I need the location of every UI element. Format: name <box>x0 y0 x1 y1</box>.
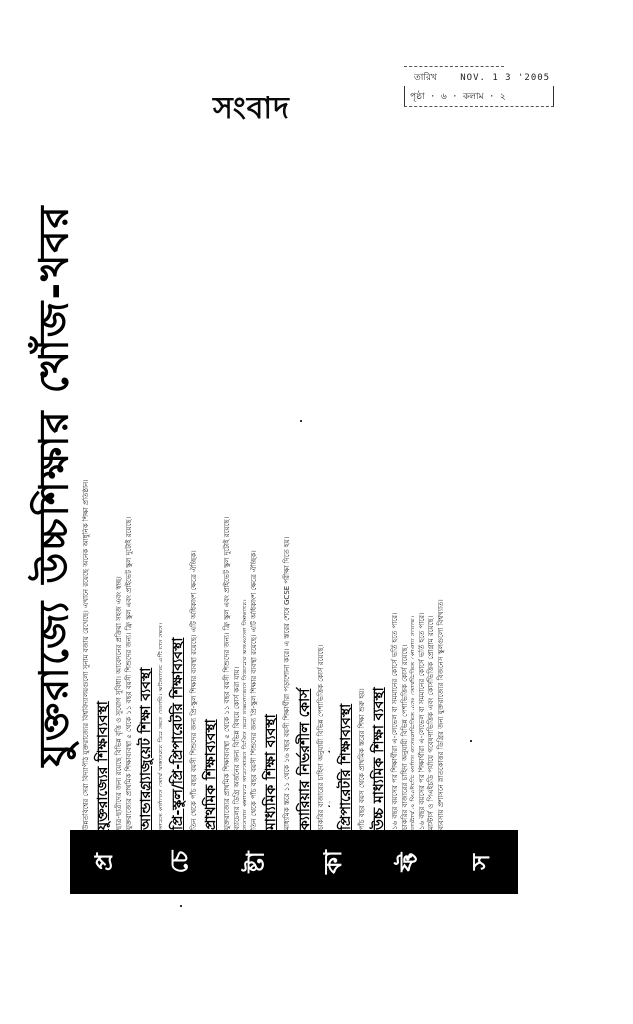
paragraph: স্নাতক পর্যায়ের কোর্স সাধারণত তিন বছর ম… <box>158 150 162 830</box>
banner-glyph: কা <box>315 850 355 874</box>
paragraph: মাস্টার্স ও পিএইচডি পর্যায়ে গবেষণাভিত্ত… <box>427 150 436 830</box>
section-heading: যুক্তরাজ্যের শিক্ষাব্যবস্থা <box>94 150 112 830</box>
stamp-page-row: পৃষ্ঠা · ৬ · কলাম · ২ <box>410 89 506 104</box>
banner-glyph: চে <box>161 851 201 874</box>
stamp-date-value: NOV. 1 3 '2005 <box>460 73 550 83</box>
banner-glyph: ফ্ট <box>391 853 431 872</box>
paragraph: ব্যবসায় প্রশাসনে স্নাতকোত্তর ডিগ্রির জন… <box>242 150 246 830</box>
paragraph: ১৬ বছর বয়সের পর শিক্ষার্থীরা এ-লেভেল বা… <box>418 150 427 830</box>
section-heading: ক্যারিয়ার নির্ভরশীল কোর্স <box>296 150 314 830</box>
paragraph: চাকরির বাজারের চাহিদা অনুযায়ী বিভিন্ন প… <box>317 150 326 830</box>
stamp-date-label: তারিখ <box>414 73 437 83</box>
newspaper-masthead: সংবাদ <box>213 84 290 135</box>
article-column-1: উন্নতবিশ্বের সেরা বিদ্যাপীঠ যুক্তরাজ্যের… <box>82 150 162 830</box>
paragraph: ব্যবসায় প্রশাসনে স্নাতকোত্তর ডিগ্রির জন… <box>437 150 446 830</box>
banner-glyph: ষ্টা <box>238 851 278 872</box>
stamp-divider <box>404 66 504 67</box>
article-column-4: প্রিপারেটরি শিক্ষাব্যবস্থা পাঁচ বছর বয়স… <box>334 150 414 830</box>
paragraph: পাঁচ বছর বয়স থেকে প্রাথমিক স্তরের শিক্ষ… <box>358 150 367 830</box>
article-column-3: তিন থেকে পাঁচ বছর বয়সী শিশুদের জন্য প্র… <box>250 150 330 830</box>
scan-speck <box>180 905 182 907</box>
article-columns: উন্নতবিশ্বের সেরা বিদ্যাপীঠ যুক্তরাজ্যের… <box>82 150 502 830</box>
stamp-column-label: কলাম <box>463 92 484 102</box>
section-heading: প্রি-স্কুল/প্রি-প্রিপারেটরি শিক্ষাব্যবস্… <box>169 150 187 830</box>
banner-glyph: স <box>463 854 503 870</box>
paragraph: চাকরির বাজারের চাহিদা অনুযায়ী বিভিন্ন প… <box>401 150 410 830</box>
paragraph: তিন থেকে পাঁচ বছর বয়সী শিশুদের জন্য প্র… <box>250 150 259 830</box>
article-headline: যুক্তরাজ্যে উচ্চশিক্ষার খোঁজ-খবর <box>23 204 90 766</box>
stamp-column-value: ২ <box>500 92 506 102</box>
banner-glyph: প্র <box>86 853 126 871</box>
paragraph: ব্যাচেলর ডিগ্রি অর্জনের জন্য বিভিন্ন বিষ… <box>233 150 242 830</box>
paragraph: মাস্টার্স ও পিএইচডি পর্যায়ে গবেষণাভিত্ত… <box>410 150 414 830</box>
paragraph: যুক্তরাজ্যের প্রাথমিক শিক্ষাব্যবস্থা ৫ থ… <box>125 150 134 830</box>
stamp-page-label: পৃষ্ঠা <box>410 92 425 102</box>
paragraph: ১৬ বছর বয়সের পর শিক্ষার্থীরা এ-লেভেল বা… <box>391 150 400 830</box>
article-headline-container: যুক্তরাজ্যে উচ্চশিক্ষার খোঁজ-খবর <box>32 140 80 830</box>
section-heading: মাধ্যমিক শিক্ষা ব্যবস্থা <box>262 150 280 830</box>
stamp-date-row: তারিখ NOV. 1 3 '2005 <box>414 70 550 85</box>
section-heading: প্রাথমিক শিক্ষাব্যবস্থা <box>202 150 220 830</box>
sidebar-banner: প্র চে ষ্টা কা ফ্ট স <box>70 830 518 894</box>
scan-speck <box>470 740 472 742</box>
paragraph: ছাত্র-ছাত্রীদের জন্য রয়েছে বিভিন্ন বৃত্… <box>115 150 124 830</box>
section-heading: উচ্চ মাধ্যমিক শিক্ষা ব্যবস্থা <box>370 150 388 830</box>
scan-speck <box>300 420 302 422</box>
article-column-5: ১৬ বছর বয়সের পর শিক্ষার্থীরা এ-লেভেল বা… <box>418 150 482 830</box>
paragraph: তিন থেকে পাঁচ বছর বয়সী শিশুদের জন্য প্র… <box>190 150 199 830</box>
paragraph: যুক্তরাজ্যের প্রাথমিক শিক্ষাব্যবস্থা ৫ থ… <box>223 150 232 830</box>
date-stamp: তারিখ NOV. 1 3 '2005 পৃষ্ঠা · ৬ · কলাম ·… <box>404 64 554 114</box>
stamp-page-value: ৬ <box>441 92 447 102</box>
section-heading: আন্ডারগ্র্যাজুয়েট শিক্ষা ব্যবস্থা <box>137 150 155 830</box>
article-column-2: প্রি-স্কুল/প্রি-প্রিপারেটরি শিক্ষাব্যবস্… <box>166 150 246 830</box>
section-heading: পোস্টগ্র্যাজুয়েট প্রোগ্রাম <box>329 150 330 830</box>
article-clipping: যুক্তরাজ্যে উচ্চশিক্ষার খোঁজ-খবর উন্নতবি… <box>32 140 512 900</box>
paragraph: উন্নতবিশ্বের সেরা বিদ্যাপীঠ যুক্তরাজ্যের… <box>82 150 91 830</box>
section-heading: প্রিপারেটরি শিক্ষাব্যবস্থা <box>337 150 355 830</box>
paragraph: মাধ্যমিক স্তরে ১১ থেকে ১৬ বছর বয়সী শিক্… <box>283 150 292 830</box>
